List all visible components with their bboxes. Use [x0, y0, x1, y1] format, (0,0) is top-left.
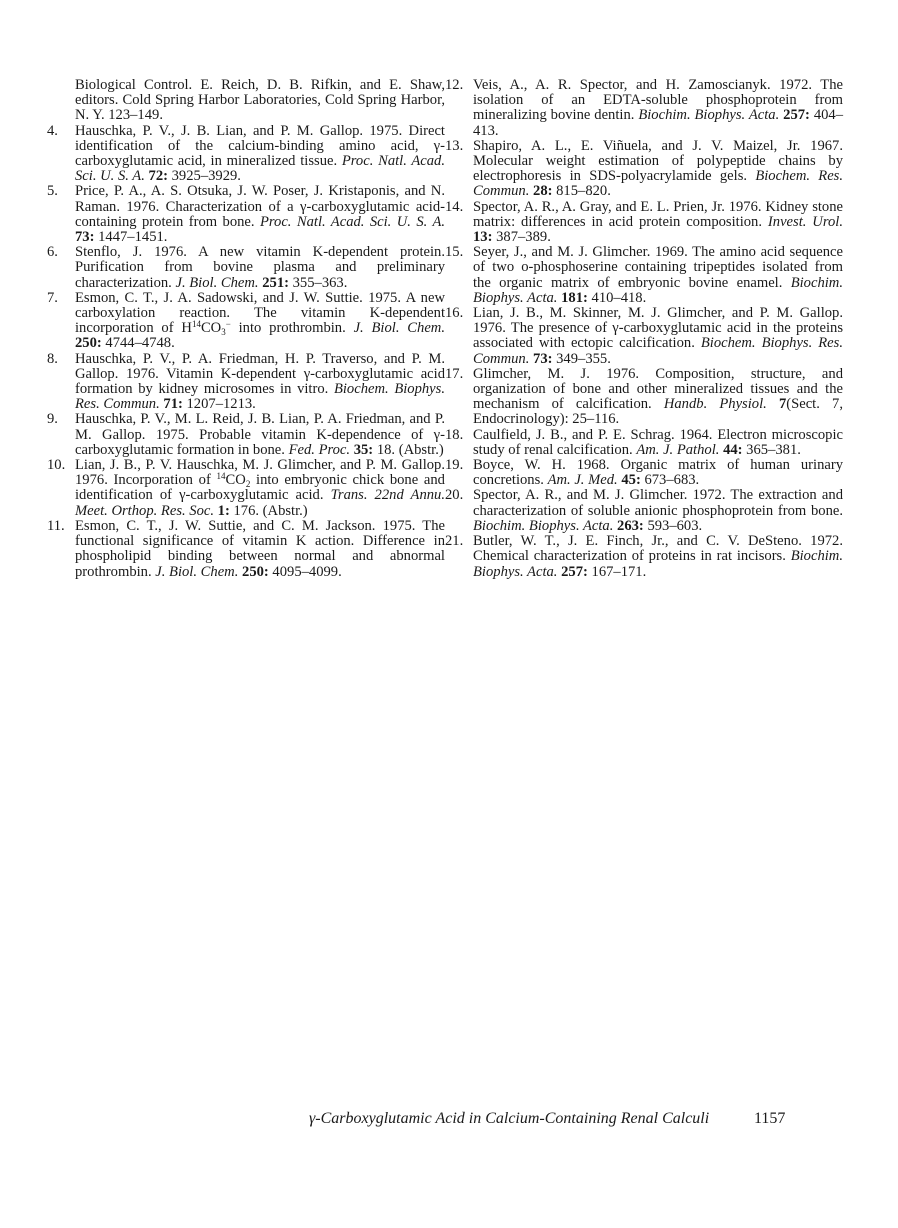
page-number: 1157: [754, 1110, 785, 1128]
reference-number: 5.: [47, 184, 71, 199]
reference-column-right: 12.Veis, A., A. R. Spector, and H. Zamos…: [445, 78, 843, 580]
reference-number: 19.: [445, 458, 469, 473]
reference-text: Lian, J. B., P. V. Hauschka, M. J. Glimc…: [75, 457, 445, 519]
reference-item: 10.Lian, J. B., P. V. Hauschka, M. J. Gl…: [47, 458, 445, 519]
reference-number: 18.: [445, 428, 469, 443]
reference-item: 8.Hauschka, P. V., P. A. Friedman, H. P.…: [47, 352, 445, 413]
reference-item: 13.Shapiro, A. L., E. Viñuela, and J. V.…: [445, 139, 843, 200]
running-title: γ-Carboxyglutamic Acid in Calcium-Contai…: [309, 1110, 709, 1127]
reference-item: 18.Caulfield, J. B., and P. E. Schrag. 1…: [445, 428, 843, 458]
reference-text: Spector, A. R., A. Gray, and E. L. Prien…: [473, 199, 843, 245]
reference-column-left: Biological Control. E. Reich, D. B. Rifk…: [47, 78, 445, 580]
reference-text: Hauschka, P. V., J. B. Lian, and P. M. G…: [75, 123, 445, 185]
reference-text: Seyer, J., and M. J. Glimcher. 1969. The…: [473, 244, 843, 306]
reference-text: Veis, A., A. R. Spector, and H. Zamoscia…: [473, 77, 843, 139]
reference-item: 9.Hauschka, P. V., M. L. Reid, J. B. Lia…: [47, 412, 445, 458]
reference-text: Caulfield, J. B., and P. E. Schrag. 1964…: [473, 427, 843, 458]
reference-text: Hauschka, P. V., P. A. Friedman, H. P. T…: [75, 351, 445, 413]
reference-item: 11.Esmon, C. T., J. W. Suttie, and C. M.…: [47, 519, 445, 580]
reference-item: 12.Veis, A., A. R. Spector, and H. Zamos…: [445, 78, 843, 139]
reference-text: Spector, A. R., and M. J. Glimcher. 1972…: [473, 487, 843, 533]
reference-list-left: 4.Hauschka, P. V., J. B. Lian, and P. M.…: [47, 124, 445, 580]
reference-text: Shapiro, A. L., E. Viñuela, and J. V. Ma…: [473, 138, 843, 200]
reference-number: 15.: [445, 245, 469, 260]
reference-text: Hauschka, P. V., M. L. Reid, J. B. Lian,…: [75, 411, 445, 457]
reference-number: 4.: [47, 124, 71, 139]
reference-number: 7.: [47, 291, 71, 306]
reference-number: 9.: [47, 412, 71, 427]
reference-item: 20.Spector, A. R., and M. J. Glimcher. 1…: [445, 488, 843, 534]
reference-number: 20.: [445, 488, 469, 503]
reference-text: Boyce, W. H. 1968. Organic matrix of hum…: [473, 457, 843, 488]
reference-number: 21.: [445, 534, 469, 549]
reference-item: 5.Price, P. A., A. S. Otsuka, J. W. Pose…: [47, 184, 445, 245]
reference-text: Stenflo, J. 1976. A new vitamin K-depend…: [75, 244, 445, 290]
reference-number: 13.: [445, 139, 469, 154]
reference-text: Butler, W. T., J. E. Finch, Jr., and C. …: [473, 533, 843, 579]
reference-item: 15.Seyer, J., and M. J. Glimcher. 1969. …: [445, 245, 843, 306]
reference-number: 17.: [445, 367, 469, 382]
reference-text: Price, P. A., A. S. Otsuka, J. W. Poser,…: [75, 183, 445, 245]
reference-number: 8.: [47, 352, 71, 367]
reference-item: 14.Spector, A. R., A. Gray, and E. L. Pr…: [445, 200, 843, 246]
reference-item: 19.Boyce, W. H. 1968. Organic matrix of …: [445, 458, 843, 488]
reference-text: Glimcher, M. J. 1976. Composition, struc…: [473, 366, 843, 428]
reference-number: 6.: [47, 245, 71, 260]
reference-text: Lian, J. B., M. Skinner, M. J. Glimcher,…: [473, 305, 843, 367]
reference-list-right: 12.Veis, A., A. R. Spector, and H. Zamos…: [445, 78, 843, 580]
reference-number: 11.: [47, 519, 71, 534]
reference-number: 14.: [445, 200, 469, 215]
page-footer: γ-Carboxyglutamic Acid in Calcium-Contai…: [309, 1110, 879, 1128]
reference-continuation: Biological Control. E. Reich, D. B. Rifk…: [47, 78, 445, 124]
reference-text: Biological Control. E. Reich, D. B. Rifk…: [75, 77, 445, 123]
reference-number: 16.: [445, 306, 469, 321]
reference-item: 7.Esmon, C. T., J. A. Sadowski, and J. W…: [47, 291, 445, 352]
reference-text: Esmon, C. T., J. W. Suttie, and C. M. Ja…: [75, 518, 445, 580]
reference-number: 12.: [445, 78, 469, 93]
reference-item: 6.Stenflo, J. 1976. A new vitamin K-depe…: [47, 245, 445, 291]
reference-item: 21.Butler, W. T., J. E. Finch, Jr., and …: [445, 534, 843, 580]
reference-item: 17.Glimcher, M. J. 1976. Composition, st…: [445, 367, 843, 428]
reference-text: Esmon, C. T., J. A. Sadowski, and J. W. …: [75, 290, 445, 352]
reference-number: 10.: [47, 458, 71, 473]
reference-item: 4.Hauschka, P. V., J. B. Lian, and P. M.…: [47, 124, 445, 185]
reference-item: 16.Lian, J. B., M. Skinner, M. J. Glimch…: [445, 306, 843, 367]
